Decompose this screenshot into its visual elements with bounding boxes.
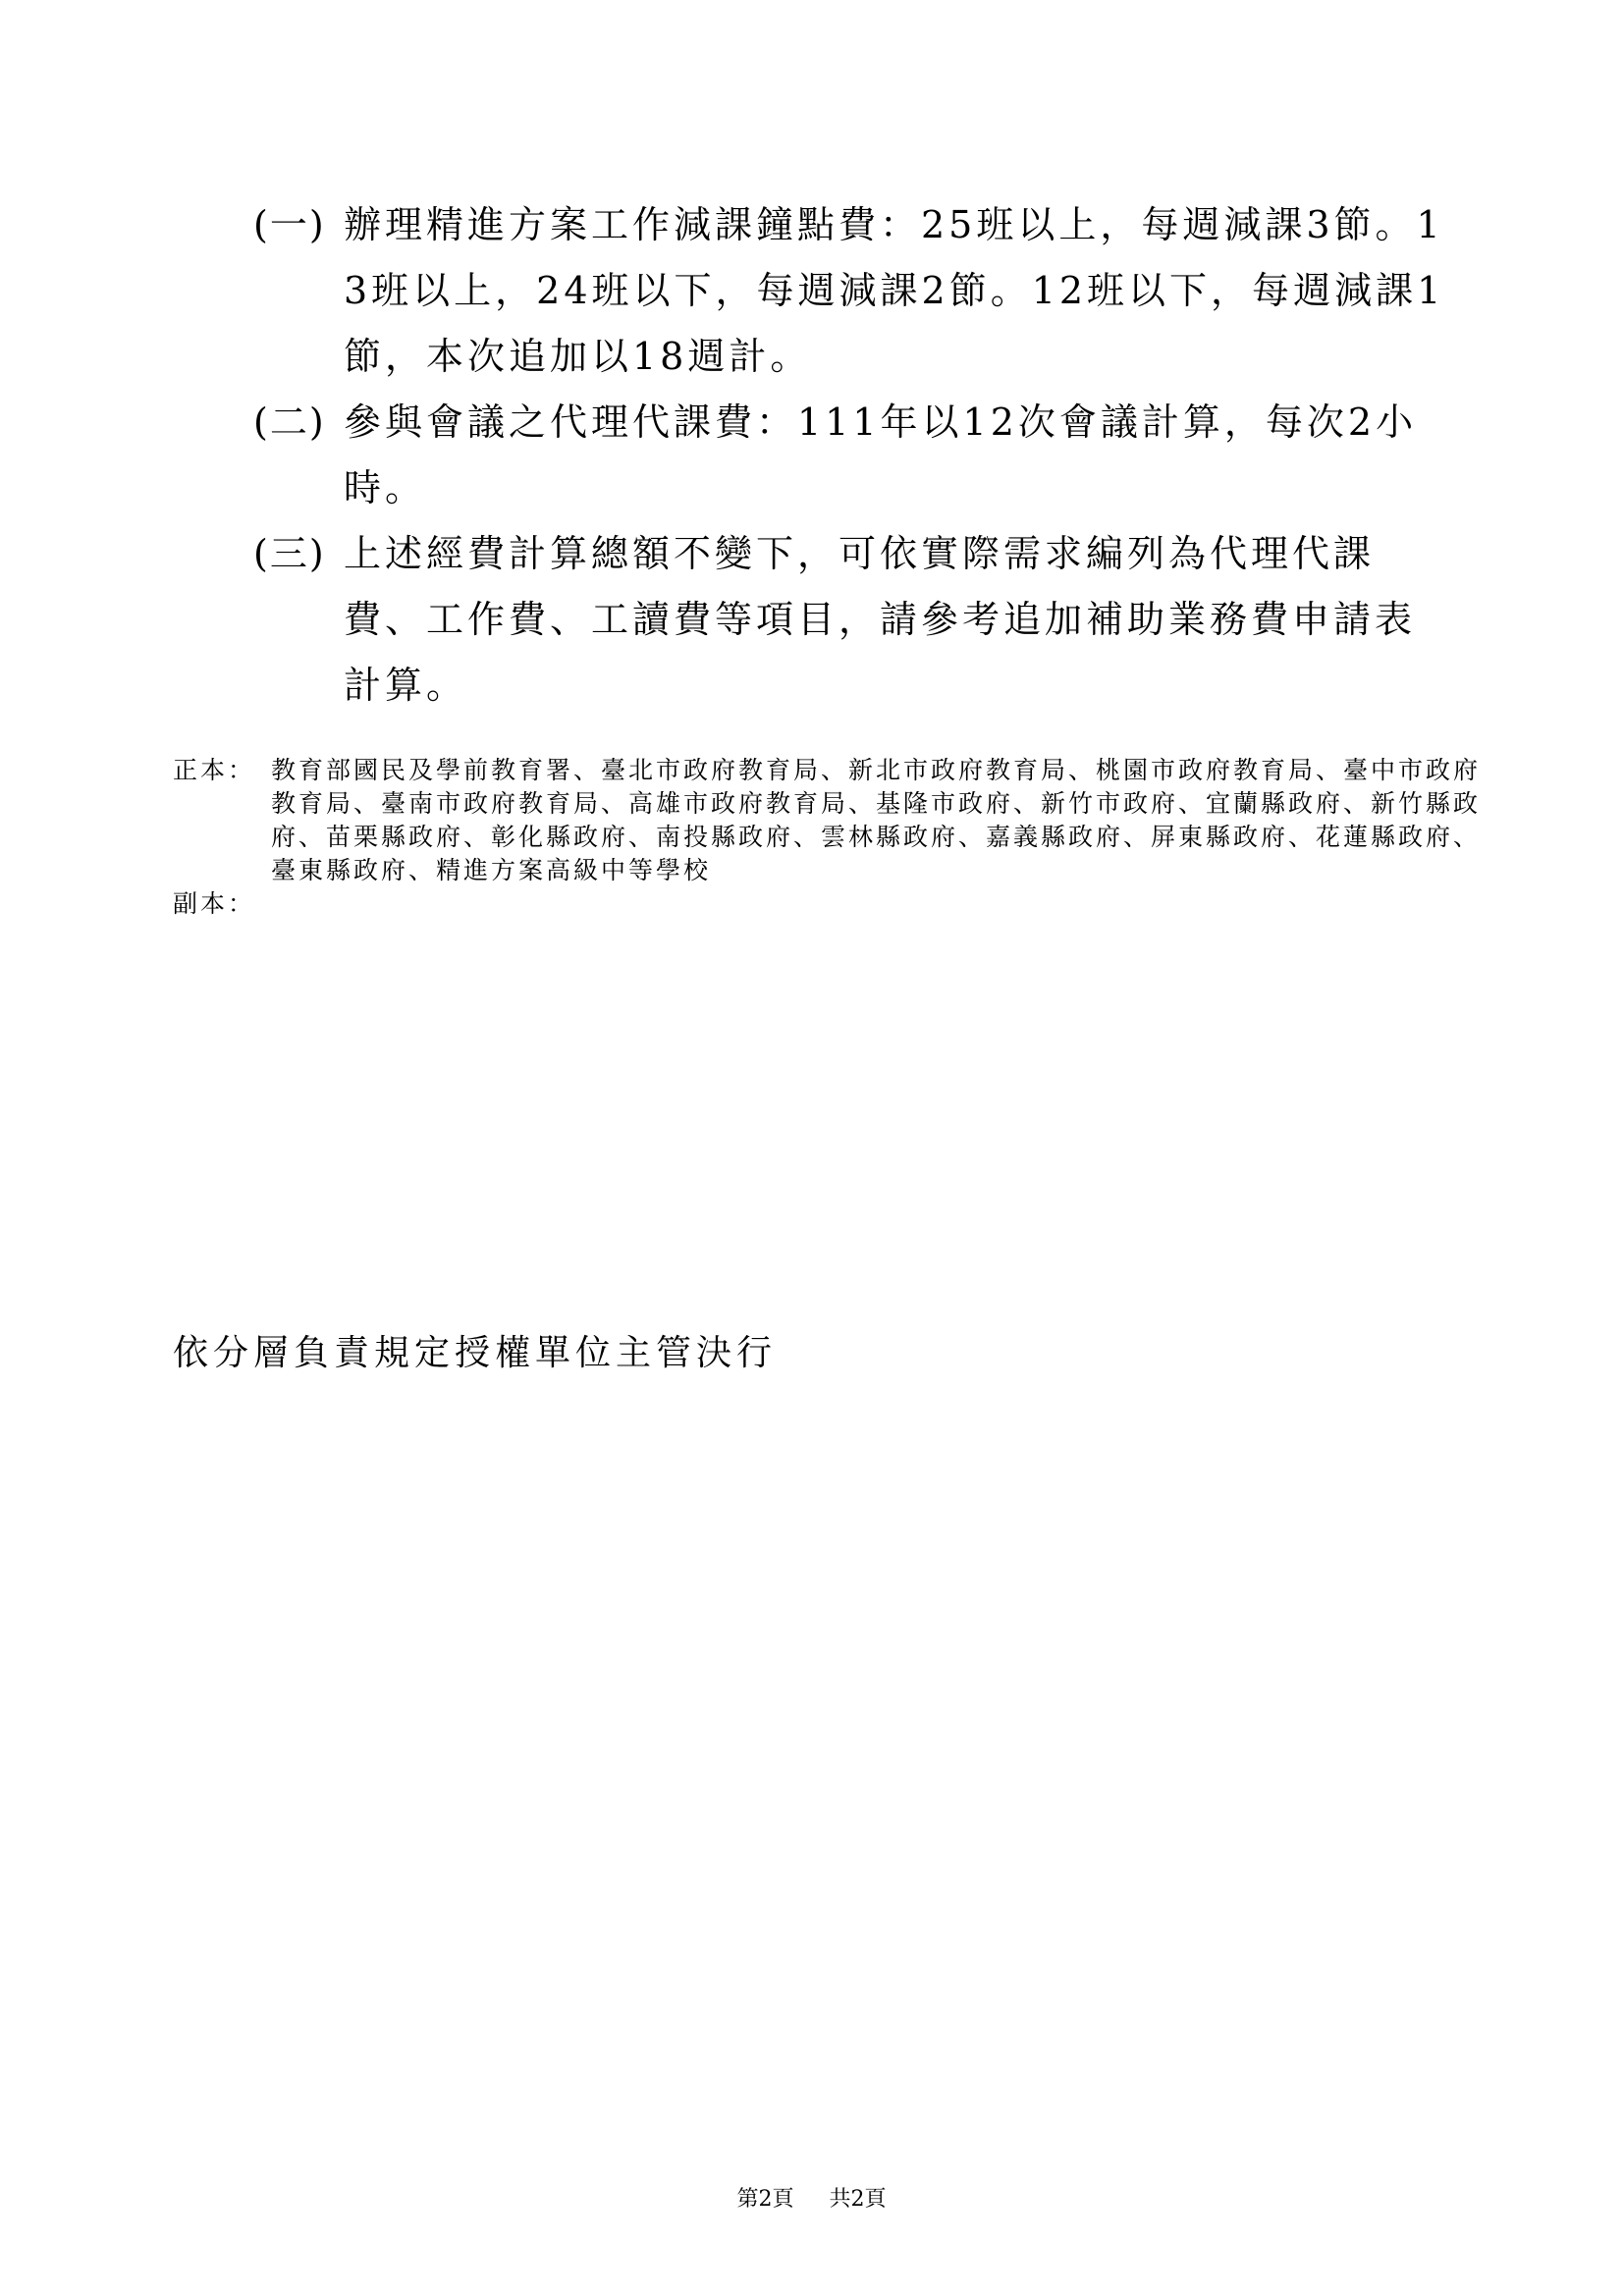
copy-recipients-value xyxy=(271,887,1484,921)
primary-recipients: 正本： 教育部國民及學前教育署、臺北市政府教育局、新北市政府教育局、桃園市政府教… xyxy=(173,754,1488,887)
page-footer: 第2頁共2頁 xyxy=(0,2182,1623,2213)
recipients-block: 正本： 教育部國民及學前教育署、臺北市政府教育局、新北市政府教育局、桃園市政府教… xyxy=(173,754,1488,921)
copy-recipients-label: 副本： xyxy=(173,887,255,921)
item-2: (二) 參與會議之代理代課費：111年以12次會議計算，每次2小時。 xyxy=(253,390,1481,521)
item-1: (一) 辦理精進方案工作減課鐘點費：25班以上，每週減課3節。13班以上，24班… xyxy=(253,192,1481,390)
primary-recipients-label: 正本： xyxy=(173,754,255,787)
item-text: 辦理精進方案工作減課鐘點費：25班以上，每週減課3節。13班以上，24班以下，每… xyxy=(344,192,1453,390)
document-page: (一) 辦理精進方案工作減課鐘點費：25班以上，每週減課3節。13班以上，24班… xyxy=(0,0,1623,2296)
numbered-items: (一) 辦理精進方案工作減課鐘點費：25班以上，每週減課3節。13班以上，24班… xyxy=(253,192,1481,719)
item-3: (三) 上述經費計算總額不變下，可依實際需求編列為代理代課費、工作費、工讀費等項… xyxy=(253,521,1481,719)
item-marker: (一) xyxy=(253,192,326,258)
item-marker: (二) xyxy=(253,390,326,455)
item-text: 參與會議之代理代課費：111年以12次會議計算，每次2小時。 xyxy=(344,390,1453,521)
primary-recipients-value: 教育部國民及學前教育署、臺北市政府教育局、新北市政府教育局、桃園市政府教育局、臺… xyxy=(271,754,1484,887)
approval-note: 依分層負責規定授權單位主管決行 xyxy=(173,1325,777,1375)
page-number-total: 共2頁 xyxy=(830,2187,887,2212)
page-number-current: 第2頁 xyxy=(737,2187,794,2212)
item-text: 上述經費計算總額不變下，可依實際需求編列為代理代課費、工作費、工讀費等項目，請參… xyxy=(344,521,1453,719)
copy-recipients: 副本： xyxy=(173,887,1488,921)
item-marker: (三) xyxy=(253,521,326,587)
